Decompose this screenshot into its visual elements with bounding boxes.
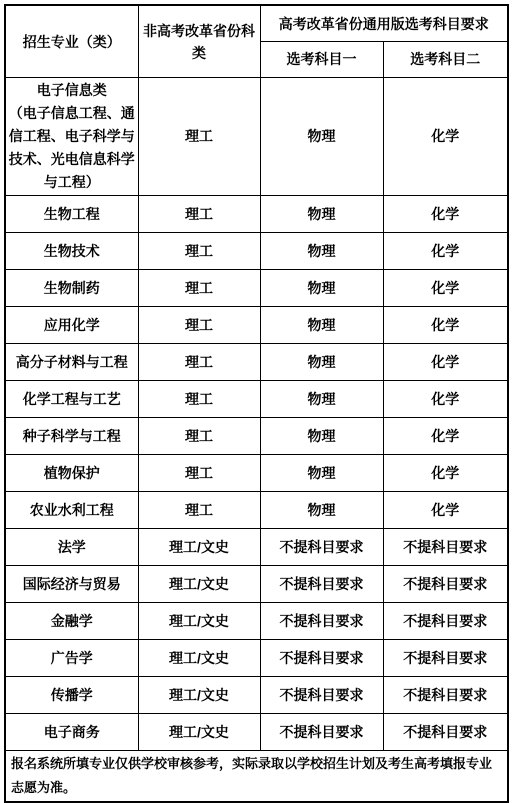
subject2-cell: 化学 xyxy=(383,78,508,196)
major-cell: 农业水利工程 xyxy=(5,492,138,529)
header-cell-non-reform-category: 非高考改革省份科类 xyxy=(138,5,260,78)
category-cell: 理工 xyxy=(138,307,260,344)
subject1-cell: 物理 xyxy=(260,78,383,196)
category-cell: 理工/文史 xyxy=(138,529,260,566)
category-cell: 理工 xyxy=(138,418,260,455)
category-cell: 理工 xyxy=(138,196,260,233)
table-row: 种子科学与工程 理工 物理 化学 xyxy=(5,418,508,455)
major-cell: 高分子材料与工程 xyxy=(5,344,138,381)
subject1-cell: 不提科目要求 xyxy=(260,677,383,714)
category-cell: 理工 xyxy=(138,492,260,529)
category-cell: 理工/文史 xyxy=(138,566,260,603)
subject1-cell: 不提科目要求 xyxy=(260,640,383,677)
major-cell: 金融学 xyxy=(5,603,138,640)
table-row: 传播学 理工/文史 不提科目要求 不提科目要求 xyxy=(5,677,508,714)
table-row: 电子信息类 （电子信息工程、通信工程、电子科学与技术、光电信息科学与工程） 理工… xyxy=(5,78,508,196)
category-cell: 理工/文史 xyxy=(138,603,260,640)
subject1-cell: 物理 xyxy=(260,344,383,381)
table-row: 广告学 理工/文史 不提科目要求 不提科目要求 xyxy=(5,640,508,677)
table-footnote-row: 报名系统所填专业仅供学校审核参考，实际录取以学校招生计划及考生高考填报专业志愿为… xyxy=(5,751,508,803)
subject2-cell: 化学 xyxy=(383,270,508,307)
subject1-cell: 物理 xyxy=(260,270,383,307)
subject1-cell: 物理 xyxy=(260,307,383,344)
subject1-cell: 物理 xyxy=(260,233,383,270)
subject2-cell: 化学 xyxy=(383,418,508,455)
table-header-row-1: 招生专业（类） 非高考改革省份科类 高考改革省份通用版选考科目要求 xyxy=(5,5,508,42)
subject2-cell: 化学 xyxy=(383,196,508,233)
subject2-cell: 化学 xyxy=(383,381,508,418)
category-cell: 理工 xyxy=(138,270,260,307)
table-row: 金融学 理工/文史 不提科目要求 不提科目要求 xyxy=(5,603,508,640)
subject1-cell: 不提科目要求 xyxy=(260,529,383,566)
category-cell: 理工 xyxy=(138,455,260,492)
major-cell: 应用化学 xyxy=(5,307,138,344)
category-cell: 理工/文史 xyxy=(138,677,260,714)
table-row: 国际经济与贸易 理工/文史 不提科目要求 不提科目要求 xyxy=(5,566,508,603)
table-row: 化学工程与工艺 理工 物理 化学 xyxy=(5,381,508,418)
subject2-cell: 不提科目要求 xyxy=(383,603,508,640)
major-cell: 植物保护 xyxy=(5,455,138,492)
table-row: 电子商务 理工/文史 不提科目要求 不提科目要求 xyxy=(5,714,508,751)
subject1-cell: 物理 xyxy=(260,455,383,492)
table-row: 植物保护 理工 物理 化学 xyxy=(5,455,508,492)
table-row: 生物技术 理工 物理 化学 xyxy=(5,233,508,270)
subject2-cell: 不提科目要求 xyxy=(383,529,508,566)
subject1-cell: 物理 xyxy=(260,196,383,233)
major-cell: 电子商务 xyxy=(5,714,138,751)
category-cell: 理工 xyxy=(138,381,260,418)
table-row: 生物制药 理工 物理 化学 xyxy=(5,270,508,307)
subject2-cell: 化学 xyxy=(383,307,508,344)
category-cell: 理工 xyxy=(138,233,260,270)
subject2-cell: 不提科目要求 xyxy=(383,714,508,751)
category-cell: 理工/文史 xyxy=(138,640,260,677)
admissions-subject-requirements-table: 招生专业（类） 非高考改革省份科类 高考改革省份通用版选考科目要求 选考科目一 … xyxy=(4,4,509,803)
major-cell: 生物技术 xyxy=(5,233,138,270)
subject1-cell: 物理 xyxy=(260,381,383,418)
header-cell-reform-requirements: 高考改革省份通用版选考科目要求 xyxy=(260,5,508,42)
subject2-cell: 化学 xyxy=(383,233,508,270)
subject2-cell: 不提科目要求 xyxy=(383,566,508,603)
subject2-cell: 不提科目要求 xyxy=(383,677,508,714)
page: 招生专业（类） 非高考改革省份科类 高考改革省份通用版选考科目要求 选考科目一 … xyxy=(0,0,517,803)
table-row: 生物工程 理工 物理 化学 xyxy=(5,196,508,233)
header-cell-subject-two: 选考科目二 xyxy=(383,42,508,78)
subject1-cell: 物理 xyxy=(260,418,383,455)
major-cell: 化学工程与工艺 xyxy=(5,381,138,418)
major-cell: 传播学 xyxy=(5,677,138,714)
major-name: 电子信息类 xyxy=(8,79,136,102)
subject1-cell: 物理 xyxy=(260,492,383,529)
header-cell-subject-one: 选考科目一 xyxy=(260,42,383,78)
category-cell: 理工/文史 xyxy=(138,714,260,751)
category-cell: 理工 xyxy=(138,78,260,196)
major-cell: 法学 xyxy=(5,529,138,566)
major-cell: 国际经济与贸易 xyxy=(5,566,138,603)
table-row: 应用化学 理工 物理 化学 xyxy=(5,307,508,344)
subject1-cell: 不提科目要求 xyxy=(260,603,383,640)
major-cell: 生物工程 xyxy=(5,196,138,233)
major-cell: 种子科学与工程 xyxy=(5,418,138,455)
subject2-cell: 不提科目要求 xyxy=(383,640,508,677)
category-cell: 理工 xyxy=(138,344,260,381)
subject1-cell: 不提科目要求 xyxy=(260,714,383,751)
table-row: 农业水利工程 理工 物理 化学 xyxy=(5,492,508,529)
table-row: 高分子材料与工程 理工 物理 化学 xyxy=(5,344,508,381)
header-cell-major: 招生专业（类） xyxy=(5,5,138,78)
table-row: 法学 理工/文史 不提科目要求 不提科目要求 xyxy=(5,529,508,566)
subject1-cell: 不提科目要求 xyxy=(260,566,383,603)
subject2-cell: 化学 xyxy=(383,344,508,381)
footnote-cell: 报名系统所填专业仅供学校审核参考，实际录取以学校招生计划及考生高考填报专业志愿为… xyxy=(5,751,508,803)
subject2-cell: 化学 xyxy=(383,455,508,492)
major-cell: 电子信息类 （电子信息工程、通信工程、电子科学与技术、光电信息科学与工程） xyxy=(5,78,138,196)
major-cell: 生物制药 xyxy=(5,270,138,307)
major-cell: 广告学 xyxy=(5,640,138,677)
subject2-cell: 化学 xyxy=(383,492,508,529)
major-detail: （电子信息工程、通信工程、电子科学与技术、光电信息科学与工程） xyxy=(8,102,136,194)
